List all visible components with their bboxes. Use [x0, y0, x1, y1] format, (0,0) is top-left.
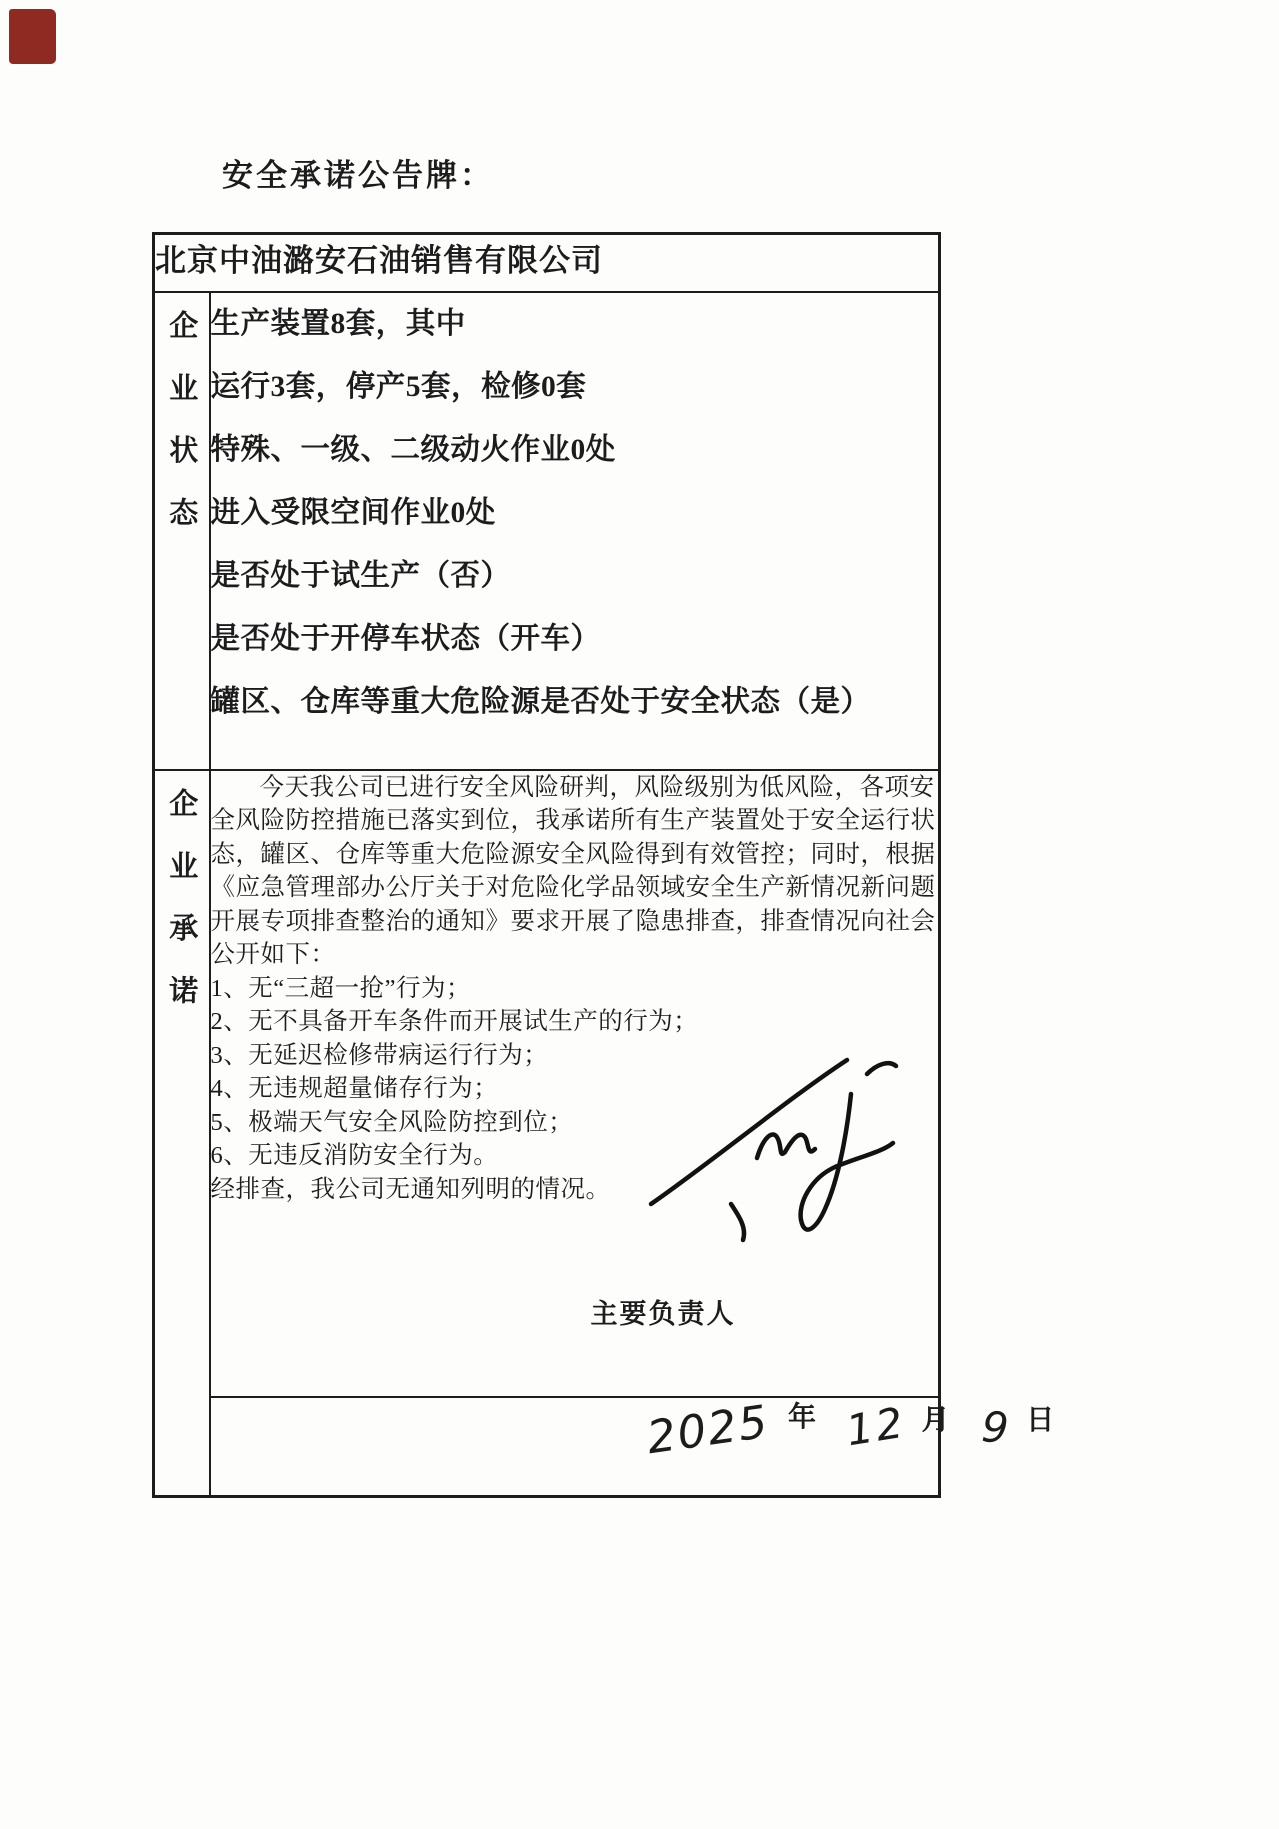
commitment-paragraph: 今天我公司已进行安全风险研判，风险级别为低风险，各项安全风险防控措施已落实到位，…: [211, 771, 939, 972]
handwritten-month: 12: [843, 1397, 909, 1455]
commitment-section-content: 今天我公司已进行安全风险研判，风险级别为低风险，各项安全风险防控措施已落实到位，…: [210, 770, 940, 1397]
status-line: 运行3套，停产5套，检修0套: [211, 356, 939, 419]
scan-corner-mark: [9, 9, 56, 64]
document-title: 安全承诺公告牌：: [222, 150, 494, 195]
commitment-section-label: 企业承诺: [161, 788, 202, 1037]
status-line: 进入受限空间作业0处: [211, 482, 939, 545]
handwritten-day: 9: [980, 1402, 1010, 1453]
day-unit-label: 日: [1026, 1398, 1054, 1438]
status-line: 特殊、一级、二级动火作业0处: [211, 419, 939, 482]
year-unit-label: 年: [788, 1395, 816, 1435]
scanned-document-page: 安全承诺公告牌： 北京中油潞安石油销售有限公司 企业状态 生产装置8套，其中 运…: [0, 0, 1279, 1829]
status-section-content: 生产装置8套，其中 运行3套，停产5套，检修0套 特殊、一级、二级动火作业0处 …: [210, 292, 940, 770]
commitment-board-table: 北京中油潞安石油销售有限公司 企业状态 生产装置8套，其中 运行3套，停产5套，…: [152, 232, 941, 1498]
month-unit-label: 月: [922, 1398, 950, 1438]
status-line: 生产装置8套，其中: [211, 293, 939, 356]
status-section-label-cell: 企业状态: [154, 292, 210, 770]
handwritten-year: 2025: [643, 1394, 772, 1464]
status-line: 罐区、仓库等重大危险源是否处于安全状态（是）: [211, 671, 939, 734]
signature-handwriting: [639, 1046, 899, 1251]
commitment-item: 2、无不具备开车条件而开展试生产的行为；: [211, 1005, 939, 1039]
status-line: 是否处于开停车状态（开车）: [211, 608, 939, 671]
date-line: 2025 年 12 月 9 日: [211, 1398, 939, 1451]
date-cell: 2025 年 12 月 9 日: [210, 1397, 940, 1497]
company-name: 北京中油潞安石油销售有限公司: [154, 234, 940, 292]
commitment-item: 1、无“三超一抢”行为；: [211, 972, 939, 1006]
commitment-section-label-cell: 企业承诺: [154, 770, 210, 1497]
status-section-label: 企业状态: [161, 310, 202, 559]
status-line: 是否处于试生产（否）: [211, 545, 939, 608]
signature-label: 主要负责人: [591, 1298, 736, 1332]
